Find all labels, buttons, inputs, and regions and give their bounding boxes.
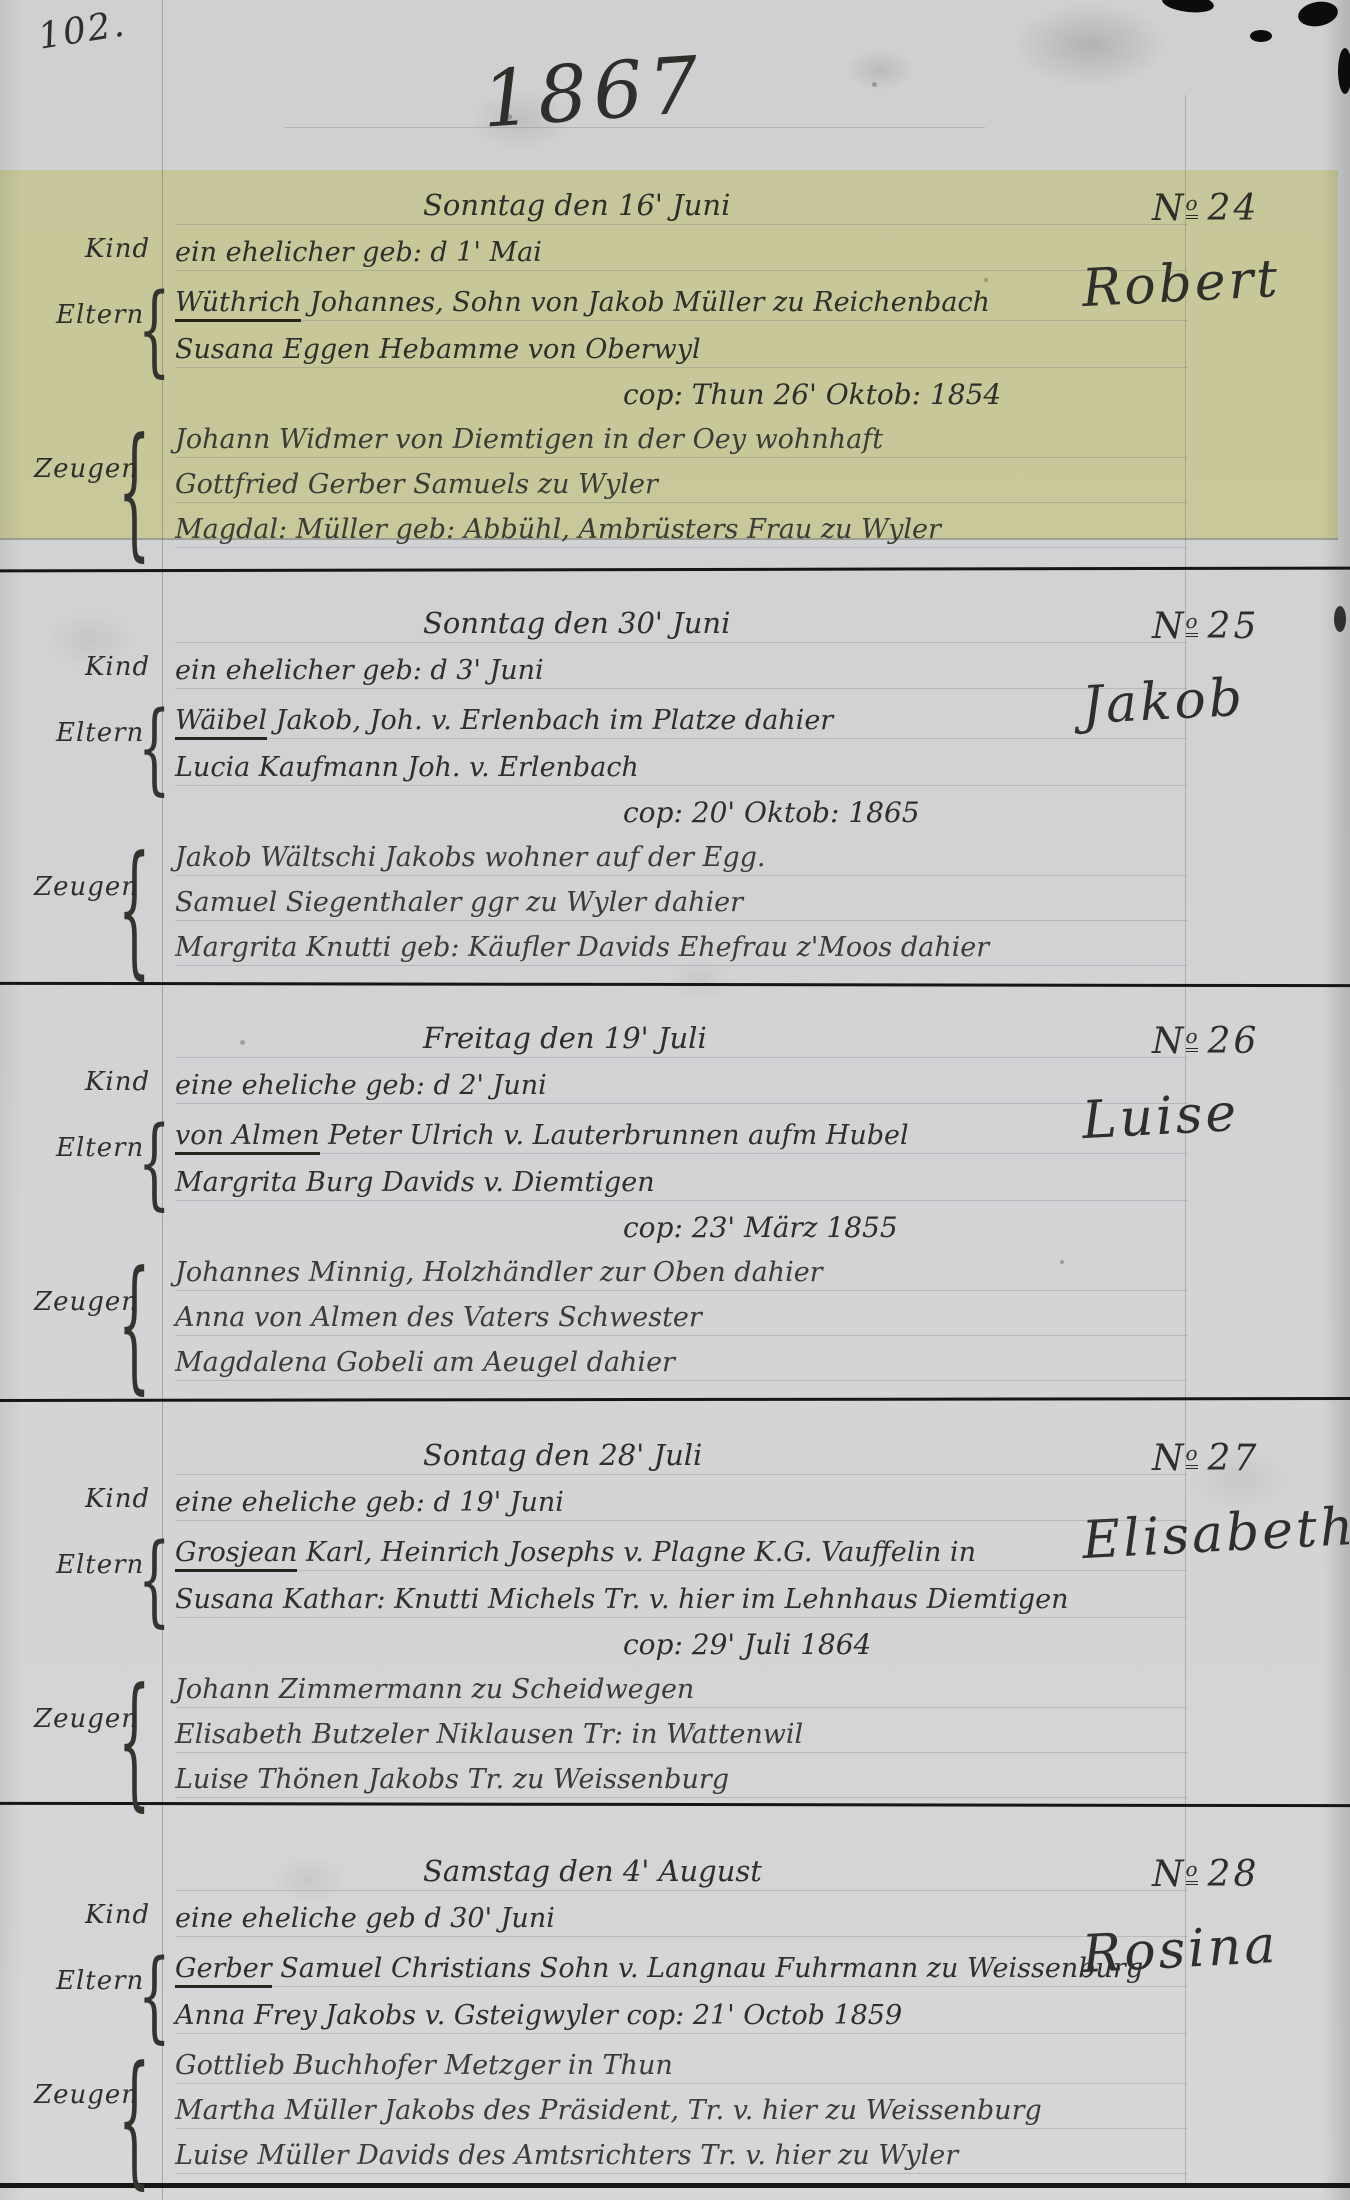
entry-date-row: Samstag den 4' August xyxy=(175,1848,1187,1891)
kind-label: Kind xyxy=(85,1900,150,1930)
zeugen-row-1: Jakob Wältschi Jakobs wohner auf der Egg… xyxy=(175,833,1187,876)
witness-1: Johann Zimmermann zu Scheidwegen xyxy=(175,1674,694,1705)
entry-date-row: Freitag den 19' Juli xyxy=(175,1015,1187,1058)
zeugen-row-2: Anna von Almen des Vaters Schwester xyxy=(175,1293,1187,1336)
witness-1: Johann Widmer von Diemtigen in der Oey w… xyxy=(175,424,883,455)
kind-label: Kind xyxy=(85,1484,150,1514)
page-number: 102. xyxy=(35,3,128,57)
kind-row: eine eheliche geb: d 19' Juni xyxy=(175,1478,1187,1521)
cop-date: cop: 29' Juli 1864 xyxy=(623,1628,871,1661)
eltern-row-2: Lucia Kaufmann Joh. v. Erlenbach xyxy=(175,743,1187,786)
zeugen-label: Zeugen xyxy=(34,872,139,902)
kind-text: ein ehelicher geb: d 1' Mai xyxy=(175,237,542,268)
zeugen-brace: { xyxy=(118,1660,151,1827)
eltern-row-2: Anna Frey Jakobs v. Gsteigwyler cop: 21'… xyxy=(175,1991,1187,2034)
zeugen-label: Zeugen xyxy=(34,454,139,484)
entry-separator xyxy=(0,1397,1350,1402)
register-entry-28: Samstag den 4' August No28 Rosina Kind e… xyxy=(0,1848,1350,2200)
scan-blob xyxy=(1161,0,1215,15)
eltern-brace: { xyxy=(138,692,171,807)
scan-blob xyxy=(1296,0,1340,29)
eltern-brace: { xyxy=(138,1524,171,1639)
eltern-label: Eltern xyxy=(56,1966,144,1996)
year-heading: 1867 xyxy=(479,40,707,145)
eltern-row-1: Wäibel Jakob, Joh. v. Erlenbach im Platz… xyxy=(175,696,1187,739)
entry-number-value: 24 xyxy=(1208,188,1260,229)
father-rest: Samuel Christians Sohn v. Langnau Fuhrma… xyxy=(272,1953,1144,1984)
zeugen-row-2: Martha Müller Jakobs des Präsident, Tr. … xyxy=(175,2086,1187,2129)
mother-line: Susana Kathar: Knutti Michels Tr. v. hie… xyxy=(175,1584,1068,1615)
eltern-row-1: Grosjean Karl, Heinrich Josephs v. Plagn… xyxy=(175,1528,1187,1571)
zeugen-label: Zeugen xyxy=(34,2080,139,2110)
witness-1: Gottlieb Buchhofer Metzger in Thun xyxy=(175,2050,673,2081)
register-page: 102. 1867 Sonntag den 16' Juni No24 Robe… xyxy=(0,0,1350,2200)
scan-blob xyxy=(1250,30,1272,42)
zeugen-row-3: Luise Thönen Jakobs Tr. zu Weissenburg xyxy=(175,1755,1187,1798)
entry-number-n: N xyxy=(1152,1438,1184,1479)
witness-2: Elisabeth Butzeler Niklausen Tr: in Watt… xyxy=(175,1719,803,1750)
entry-date: Sonntag den 16' Juni xyxy=(423,188,730,222)
entry-number-n: N xyxy=(1152,1021,1184,1062)
eltern-line-1: von Almen Peter Ulrich v. Lauterbrunnen … xyxy=(175,1120,909,1151)
eltern-row-2: Margrita Burg Davids v. Diemtigen xyxy=(175,1158,1187,1201)
father-surname: Wüthrich xyxy=(175,287,301,322)
kind-label: Kind xyxy=(85,1067,150,1097)
father-rest: Johannes, Sohn von Jakob Müller zu Reich… xyxy=(301,287,990,318)
zeugen-label: Zeugen xyxy=(34,1287,139,1317)
entry-separator xyxy=(0,982,1350,987)
entry-date: Sonntag den 30' Juni xyxy=(423,606,730,640)
cop-row: cop: 20' Oktob: 1865 xyxy=(175,789,1187,831)
witness-3: Luise Thönen Jakobs Tr. zu Weissenburg xyxy=(175,1764,729,1795)
scan-blob xyxy=(1338,48,1350,94)
zeugen-brace: { xyxy=(118,2038,151,2200)
entry-number-value: 27 xyxy=(1208,1438,1260,1479)
cop-row: cop: 29' Juli 1864 xyxy=(175,1621,1187,1663)
eltern-label: Eltern xyxy=(56,718,144,748)
father-rest: Peter Ulrich v. Lauterbrunnen aufm Hubel xyxy=(320,1120,909,1151)
register-entry-27: Sontag den 28' Juli No27 Elisabeth Kind … xyxy=(0,1432,1350,1792)
witness-2: Martha Müller Jakobs des Präsident, Tr. … xyxy=(175,2095,1042,2126)
kind-text: eine eheliche geb d 30' Juni xyxy=(175,1903,555,1934)
entry-date-row: Sonntag den 16' Juni xyxy=(175,182,1187,225)
witness-2: Samuel Siegenthaler ggr zu Wyler dahier xyxy=(175,887,743,918)
witness-3: Luise Müller Davids des Amtsrichters Tr.… xyxy=(175,2140,958,2171)
entry-number-n: N xyxy=(1152,188,1184,229)
kind-label: Kind xyxy=(85,652,150,682)
kind-row: eine eheliche geb: d 2' Juni xyxy=(175,1061,1187,1104)
entry-date-row: Sontag den 28' Juli xyxy=(175,1432,1187,1475)
mother-line: Margrita Burg Davids v. Diemtigen xyxy=(175,1167,655,1198)
mother-line: Anna Frey Jakobs v. Gsteigwyler cop: 21'… xyxy=(175,2000,902,2031)
eltern-line-1: Gerber Samuel Christians Sohn v. Langnau… xyxy=(175,1953,1143,1984)
zeugen-brace: { xyxy=(118,828,151,995)
entry-number-sup: o xyxy=(1186,1857,1198,1885)
zeugen-row-1: Gottlieb Buchhofer Metzger in Thun xyxy=(175,2041,1187,2084)
kind-text: eine eheliche geb: d 19' Juni xyxy=(175,1487,564,1518)
eltern-brace: { xyxy=(138,274,171,389)
zeugen-brace: { xyxy=(118,410,151,577)
eltern-brace: { xyxy=(138,1107,171,1222)
entry-number-sup: o xyxy=(1186,609,1198,637)
cop-date: cop: 23' März 1855 xyxy=(623,1211,898,1244)
eltern-label: Eltern xyxy=(56,300,144,330)
father-rest: Karl, Heinrich Josephs v. Plagne K.G. Va… xyxy=(297,1537,976,1568)
mother-line: Susana Eggen Hebamme von Oberwyl xyxy=(175,334,701,365)
eltern-row-1: Wüthrich Johannes, Sohn von Jakob Müller… xyxy=(175,278,1187,321)
eltern-row-2: Susana Eggen Hebamme von Oberwyl xyxy=(175,325,1187,368)
kind-text: eine eheliche geb: d 2' Juni xyxy=(175,1070,547,1101)
entry-number-sup: o xyxy=(1186,1024,1198,1052)
zeugen-brace: { xyxy=(118,1243,151,1410)
eltern-line-1: Wüthrich Johannes, Sohn von Jakob Müller… xyxy=(175,287,990,318)
kind-label: Kind xyxy=(85,234,150,264)
entry-number-value: 26 xyxy=(1208,1021,1260,1062)
entry-date: Samstag den 4' August xyxy=(423,1854,762,1888)
entry-number-value: 25 xyxy=(1208,606,1260,647)
witness-1: Jakob Wältschi Jakobs wohner auf der Egg… xyxy=(175,842,766,873)
zeugen-row-2: Elisabeth Butzeler Niklausen Tr: in Watt… xyxy=(175,1710,1187,1753)
eltern-row-1: Gerber Samuel Christians Sohn v. Langnau… xyxy=(175,1944,1187,1987)
witness-3: Magdal: Müller geb: Abbühl, Ambrüsters F… xyxy=(175,514,941,545)
zeugen-row-1: Johann Widmer von Diemtigen in der Oey w… xyxy=(175,415,1187,458)
father-surname: Grosjean xyxy=(175,1537,297,1572)
cop-date: cop: 20' Oktob: 1865 xyxy=(623,796,920,829)
register-entry-24: Sonntag den 16' Juni No24 Robert Kind ei… xyxy=(0,182,1350,542)
entry-number: No27 xyxy=(1152,1438,1259,1479)
eltern-label: Eltern xyxy=(56,1133,144,1163)
witness-2: Anna von Almen des Vaters Schwester xyxy=(175,1302,702,1333)
witness-1: Johannes Minnig, Holzhändler zur Oben da… xyxy=(175,1257,823,1288)
witness-3: Magdalena Gobeli am Aeugel dahier xyxy=(175,1347,675,1378)
entry-number: No25 xyxy=(1152,606,1259,647)
eltern-row-2: Susana Kathar: Knutti Michels Tr. v. hie… xyxy=(175,1575,1187,1618)
zeugen-row-3: Margrita Knutti geb: Käufler Davids Ehef… xyxy=(175,923,1187,966)
kind-text: ein ehelicher geb: d 3' Juni xyxy=(175,655,544,686)
witness-3: Margrita Knutti geb: Käufler Davids Ehef… xyxy=(175,932,989,963)
eltern-line-1: Grosjean Karl, Heinrich Josephs v. Plagn… xyxy=(175,1537,976,1568)
speck xyxy=(872,82,877,87)
entry-number-n: N xyxy=(1152,1854,1184,1895)
register-entry-26: Freitag den 19' Juli No26 Luise Kind ein… xyxy=(0,1015,1350,1375)
eltern-label: Eltern xyxy=(56,1550,144,1580)
zeugen-row-3: Magdal: Müller geb: Abbühl, Ambrüsters F… xyxy=(175,505,1187,548)
eltern-row-1: von Almen Peter Ulrich v. Lauterbrunnen … xyxy=(175,1111,1187,1154)
entry-separator xyxy=(0,567,1350,573)
zeugen-row-1: Johann Zimmermann zu Scheidwegen xyxy=(175,1665,1187,1708)
entry-date: Freitag den 19' Juli xyxy=(423,1021,707,1055)
mother-line: Lucia Kaufmann Joh. v. Erlenbach xyxy=(175,752,639,783)
cop-date: cop: Thun 26' Oktob: 1854 xyxy=(623,378,1001,411)
entry-number: No26 xyxy=(1152,1021,1259,1062)
entry-number-n: N xyxy=(1152,606,1184,647)
zeugen-label: Zeugen xyxy=(34,1704,139,1734)
register-entry-25: Sonntag den 30' Juni No25 Jakob Kind ein… xyxy=(0,600,1350,960)
entry-date: Sontag den 28' Juli xyxy=(423,1438,702,1472)
zeugen-row-1: Johannes Minnig, Holzhändler zur Oben da… xyxy=(175,1248,1187,1291)
cop-row: cop: Thun 26' Oktob: 1854 xyxy=(175,371,1187,413)
father-surname: von Almen xyxy=(175,1120,320,1155)
eltern-line-1: Wäibel Jakob, Joh. v. Erlenbach im Platz… xyxy=(175,705,833,736)
entry-separator xyxy=(0,1802,1350,1807)
entry-number-sup: o xyxy=(1186,191,1198,219)
father-surname: Wäibel xyxy=(175,705,267,740)
entry-number: No24 xyxy=(1152,188,1259,229)
entry-number-value: 28 xyxy=(1208,1854,1260,1895)
cop-row: cop: 23' März 1855 xyxy=(175,1204,1187,1246)
father-surname: Gerber xyxy=(175,1953,272,1988)
zeugen-row-3: Magdalena Gobeli am Aeugel dahier xyxy=(175,1338,1187,1381)
zeugen-row-2: Samuel Siegenthaler ggr zu Wyler dahier xyxy=(175,878,1187,921)
zeugen-row-3: Luise Müller Davids des Amtsrichters Tr.… xyxy=(175,2131,1187,2174)
kind-row: eine eheliche geb d 30' Juni xyxy=(175,1894,1187,1937)
entry-date-row: Sonntag den 30' Juni xyxy=(175,600,1187,643)
kind-row: ein ehelicher geb: d 1' Mai xyxy=(175,228,1187,271)
kind-row: ein ehelicher geb: d 3' Juni xyxy=(175,646,1187,689)
witness-2: Gottfried Gerber Samuels zu Wyler xyxy=(175,469,658,500)
zeugen-row-2: Gottfried Gerber Samuels zu Wyler xyxy=(175,460,1187,503)
father-rest: Jakob, Joh. v. Erlenbach im Platze dahie… xyxy=(267,705,833,736)
entry-number-sup: o xyxy=(1186,1441,1198,1469)
entry-number: No28 xyxy=(1152,1854,1259,1895)
